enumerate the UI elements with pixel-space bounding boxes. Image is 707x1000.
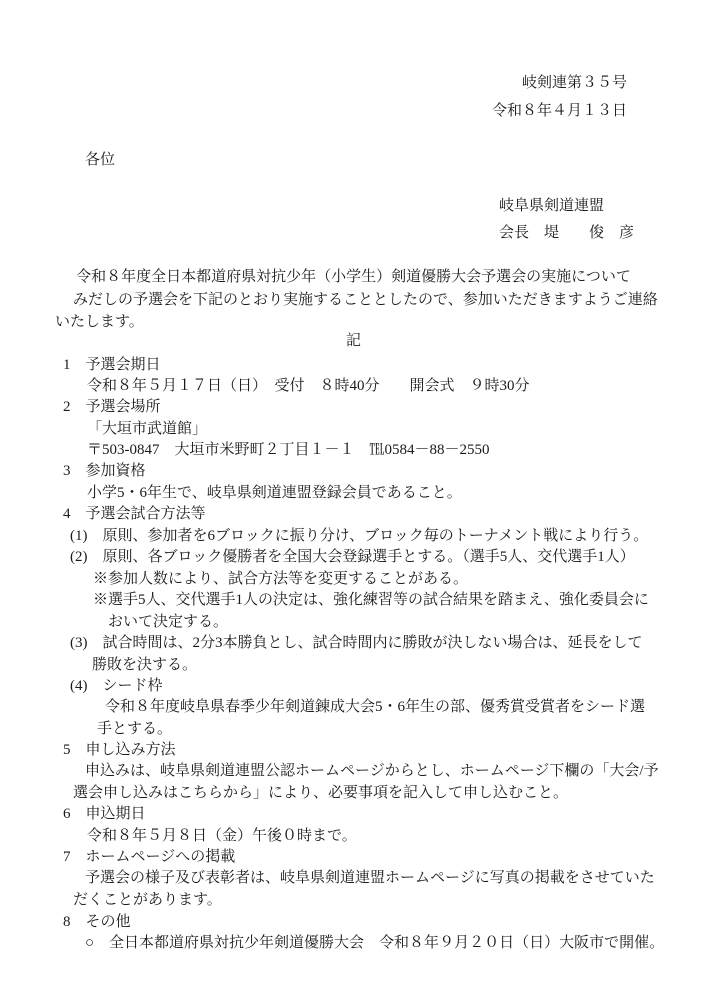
rule-3-line: (3) 試合時間は、2分3本勝負とし、試合時間内に勝敗が決しない場合は、延長をし…: [70, 634, 643, 653]
note-1-line: ※参加人数により、試合方法等を変更することがある。: [93, 570, 468, 589]
item-6-heading: 6 申込期日: [63, 805, 146, 824]
rule-3-cont-line: 勝敗を決する。: [92, 656, 197, 675]
recipient: 各位: [85, 151, 115, 170]
note-2-line: ※選手5人、交代選手1人の決定は、強化練習等の試合結果を踏まえ、強化委員会に: [93, 591, 649, 610]
intro-line-1: みだしの予選会を下記のとおり実施することとしたので、参加いただきますようご連絡: [73, 291, 658, 310]
deadline-line: 令和８年５月８日（金）午後０時まで。: [87, 827, 357, 846]
sender-org: 岐阜県剣道連盟: [499, 197, 604, 216]
item-4-heading: 4 予選会試合方法等: [63, 505, 206, 524]
item-8-heading: 8 その他: [63, 913, 131, 932]
issue-date: 令和８年４月１３日: [492, 102, 627, 121]
website-line-1: 予選会の様子及び表彰者は、岐阜県剣道連盟ホームページに写真の掲載をさせていた: [85, 869, 655, 888]
seed-line-2: 手とする。: [97, 720, 172, 739]
seed-line-1: 令和８年度岐阜県春季少年剣道錬成大会5・6年生の部、優秀賞受賞者をシード選: [105, 698, 645, 717]
item-3-heading: 3 参加資格: [63, 462, 146, 481]
application-line-1: 申込みは、岐阜県剣道連盟公認ホームページからとし、ホームページ下欄の「大会/予: [85, 762, 659, 781]
doc-number: 岐剣連第３５号: [522, 74, 627, 93]
item-1-date-line: 令和８年５月１７日（日） 受付 ８時40分 開会式 ９時30分: [87, 377, 530, 396]
rule-1-line: (1) 原則、参加者を6ブロックに振り分け、ブロック毎のトーナメント戦により行う…: [70, 527, 648, 546]
eligibility-line: 小学5・6年生で、岐阜県剣道連盟登録会員であること。: [87, 484, 462, 503]
item-2-heading: 2 予選会場所: [63, 398, 161, 417]
venue-address-line: 〒503-0847 大垣市米野町２丁目１－１ ℡0584－88－2550: [87, 441, 490, 460]
record-heading: 記: [0, 332, 707, 351]
item-5-heading: 5 申し込み方法: [63, 741, 176, 760]
venue-name-line: 「大垣市武道館」: [87, 420, 207, 439]
rule-2-line: (2) 原則、各ブロック優勝者を全国大会登録選手とする。（選手5人、交代選手1人…: [70, 548, 635, 567]
website-line-2: だくことがあります。: [73, 891, 222, 910]
sender-name: 会長 堤 俊 彦: [499, 224, 634, 243]
item-1-heading: 1 予選会期日: [63, 356, 161, 375]
application-line-2: 選会申し込みはこちらから」により、必要事項を記入して申し込むこと。: [73, 784, 568, 803]
intro-line-2: いたします。: [55, 313, 144, 332]
rule-4-line: (4) シード枠: [70, 677, 163, 696]
document-page: 岐剣連第３５号 令和８年４月１３日 各位 岐阜県剣道連盟 会長 堤 俊 彦 令和…: [0, 0, 707, 1000]
item-7-heading: 7 ホームページへの掲載: [63, 848, 235, 867]
other-line: ○ 全日本都道府県対抗少年剣道優勝大会 令和８年９月２０日（日）大阪市で開催。: [85, 934, 664, 953]
note-2-cont-line: おいて決定する。: [108, 613, 228, 632]
subject-title: 令和８年度全日本都道府県対抗少年（小学生）剣道優勝大会予選会の実施について: [0, 268, 707, 287]
